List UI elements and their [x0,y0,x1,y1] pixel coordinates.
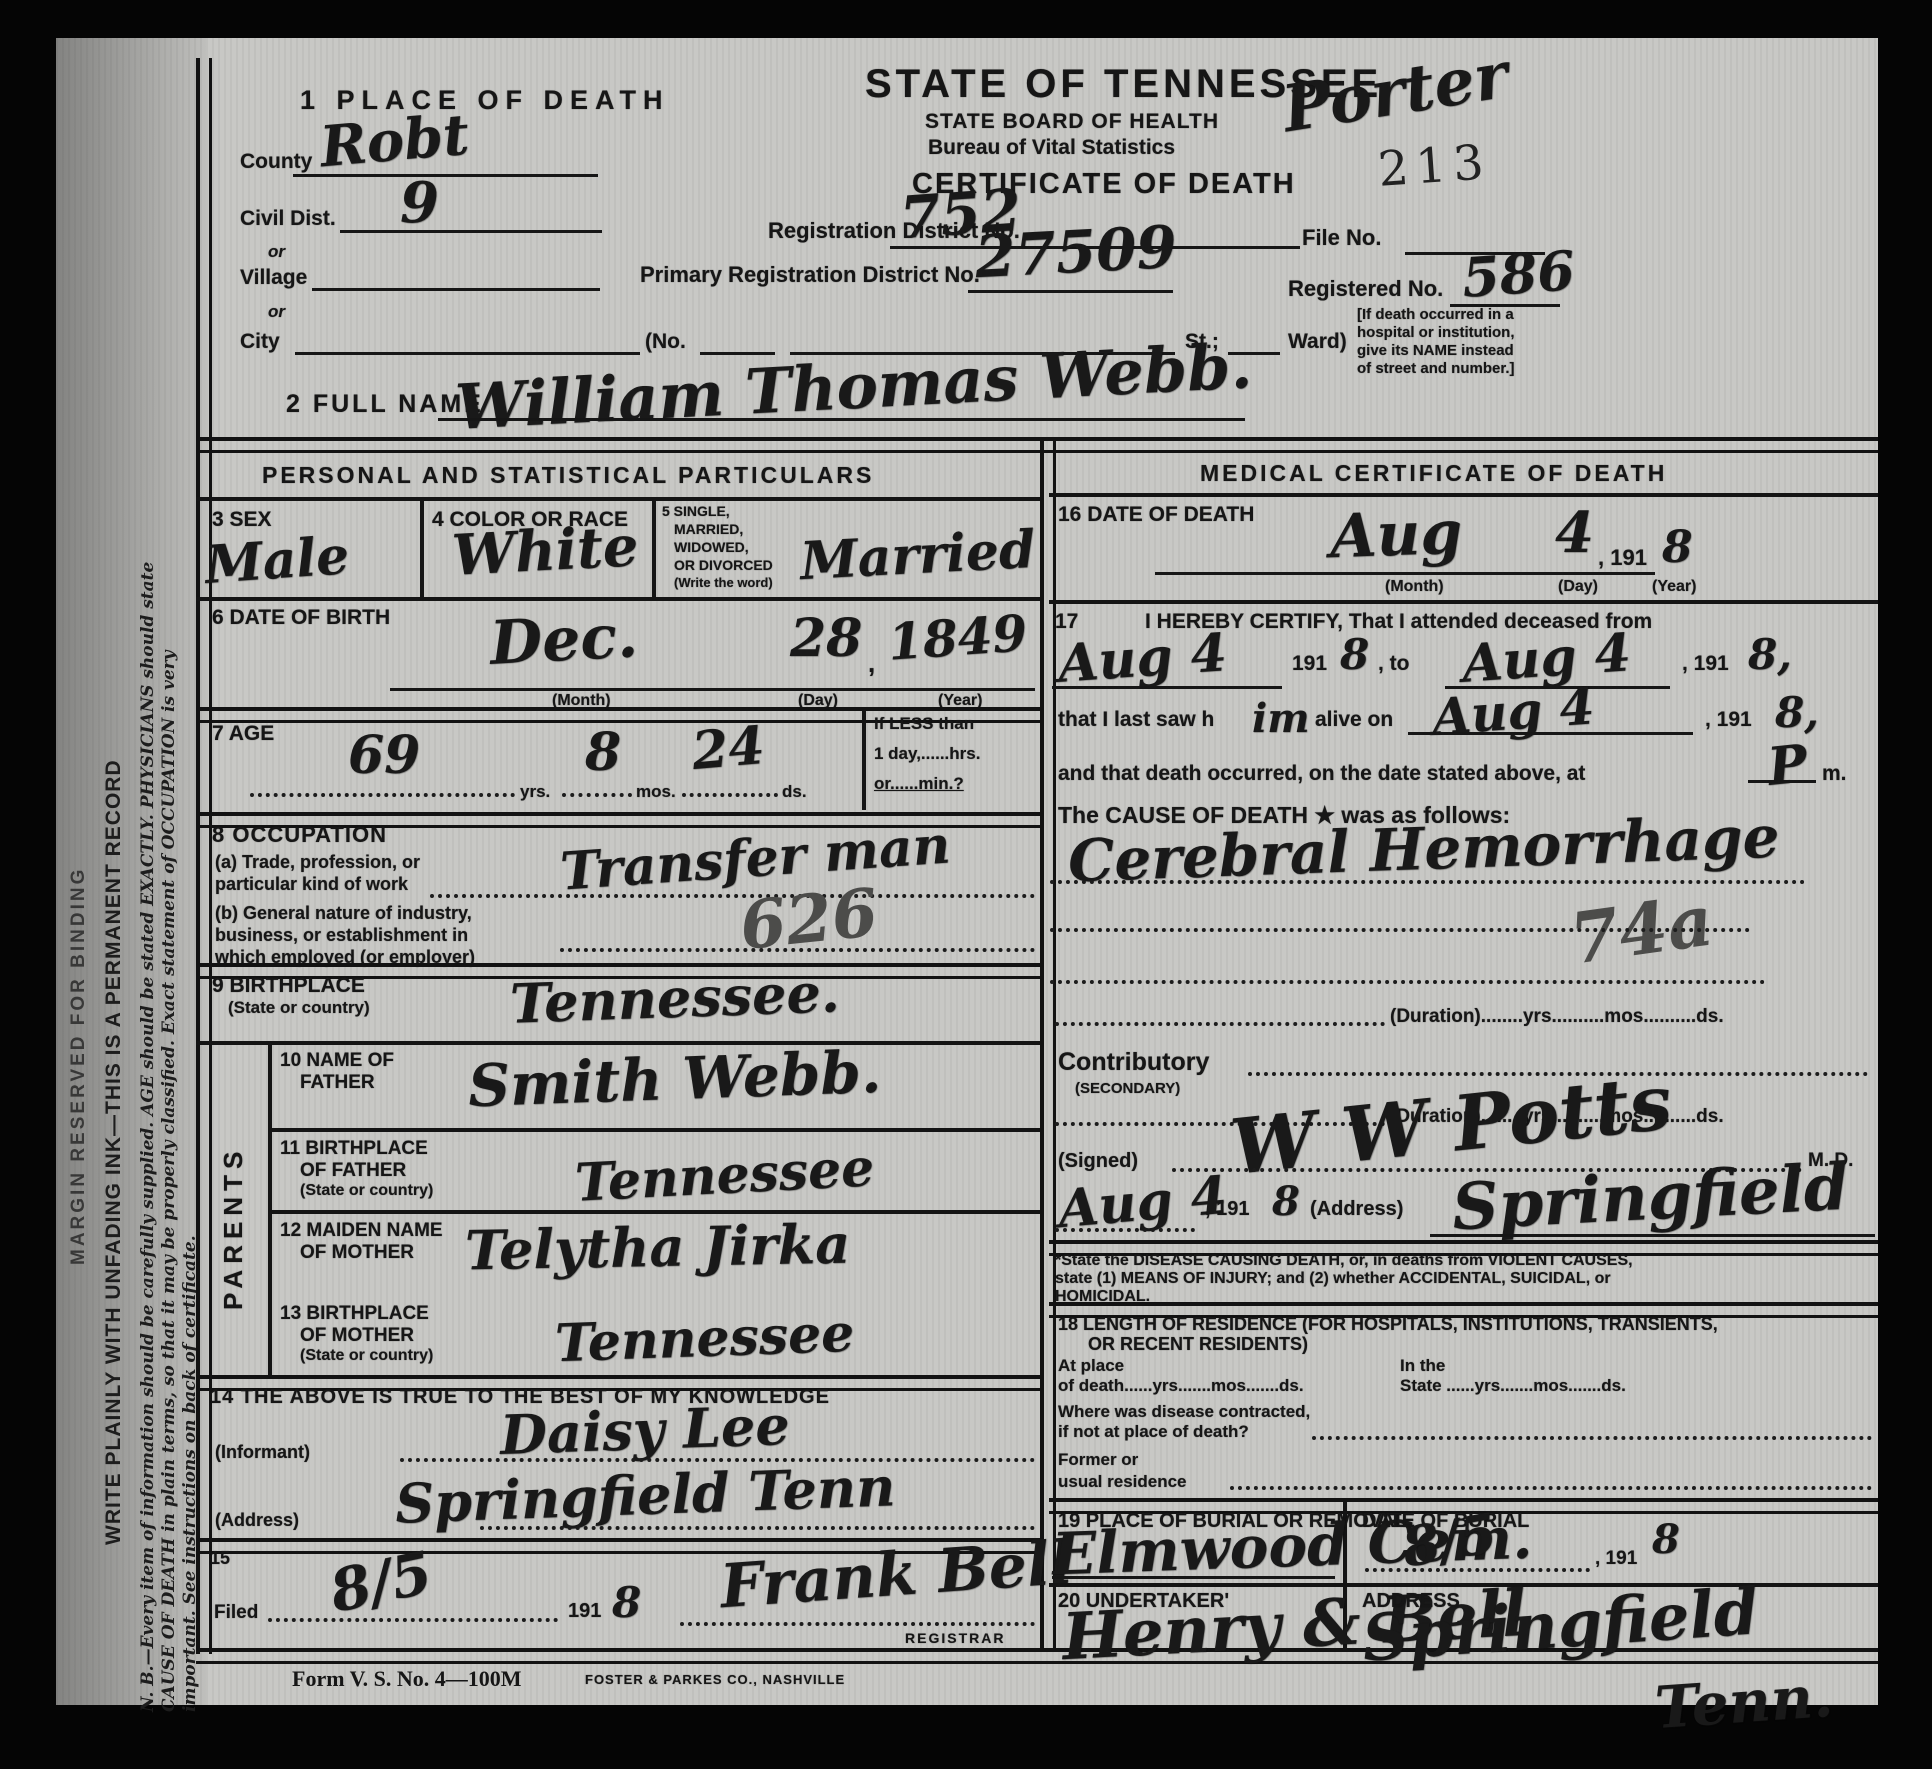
dod-month-caption: (Month) [1385,578,1444,596]
county-line [293,174,598,177]
signed-address-line [1430,1234,1875,1237]
age-years-dots [250,793,515,797]
marital-label-4: OR DIVORCED [674,557,773,573]
saw-date-value: Aug 4 [1430,676,1596,746]
prim-reg-value: 27509 [973,213,1178,291]
age-months-dots [562,793,632,797]
date-of-death-month: Aug [1329,498,1464,573]
age-months-value: 8 [585,722,621,783]
filed-year-hw: 8 [612,1578,641,1627]
age-less-line3: or......min.? [874,774,964,794]
hospital-note-line2: hospital or institution, [1357,324,1515,341]
county-value: Robt [317,102,471,181]
mother-name-label2: OF MOTHER [300,1242,414,1264]
or-label-1: or [268,242,285,262]
occurred-time-line [1748,780,1816,783]
personal-title-rule [196,497,1040,501]
sex-value: Male [203,525,351,596]
personal-section-title: PERSONAL AND STATISTICAL PARTICULARS [262,462,874,489]
informant-address-label: (Address) [215,1510,299,1531]
signed-address-label: (Address) [1310,1198,1403,1221]
parents-inner-divider [268,1041,272,1375]
age-days-label: ds. [782,782,807,802]
occupation-b-line1: (b) General nature of industry, [215,903,472,924]
contracted-line2: if not at place of death? [1058,1422,1249,1442]
hospital-note-line4: of street and number.] [1357,360,1515,377]
at-place-line1: At place [1058,1356,1124,1376]
informant-value: Daisy Lee [499,1393,791,1467]
civil-dist-line [340,230,602,233]
burial-date-dots [1365,1568,1590,1572]
father-name-rule [268,1128,1040,1132]
mother-name-label1: 12 MAIDEN NAME [280,1220,443,1242]
parents-label: PARENTS [218,1146,249,1310]
to-year-hw: 8, [1748,630,1792,679]
saw-mid: alive on [1315,708,1393,732]
at-place-line2: of death......yrs.......mos.......ds. [1058,1376,1304,1396]
printer-credit: FOSTER & PARKES CO., NASHVILLE [585,1672,845,1687]
civil-dist-label: Civil Dist. [240,207,336,231]
race-marital-divider [652,497,656,597]
file-no-label: File No. [1302,225,1381,251]
age-less-line2: 1 day,......hrs. [874,744,980,764]
age-years-value: 69 [348,725,420,786]
filed-year-printed: 191 [568,1600,601,1623]
contracted-dots [1312,1436,1872,1440]
village-label: Village [240,266,307,290]
saw-date-line [1408,732,1693,735]
occupation-b-line2: business, or establishment in [215,925,468,946]
fullname-line [438,418,1245,421]
occupation-a-dots [430,894,1035,898]
signed-label: (Signed) [1058,1150,1138,1173]
medical-title-rule [1049,493,1878,497]
date-of-death-year-hw: 8 [1662,522,1693,573]
margin-binding-text: MARGIN RESERVED FOR BINDING [68,867,90,1265]
father-name-value: Smith Webb. [467,1038,882,1120]
civil-dist-value: 9 [400,170,439,236]
father-bp-rule [268,1210,1040,1214]
mother-bp-label2: OF MOTHER [300,1325,414,1347]
header-bottom-rule [196,437,1878,453]
to-label: , to [1378,652,1410,676]
father-bp-label2: OF FATHER [300,1160,406,1182]
date-of-death-label: 16 DATE OF DEATH [1058,503,1254,527]
dob-year-value: 1849 [886,603,1029,672]
signed-year-hw: 8 [1272,1178,1300,1225]
dob-line [390,688,1035,691]
row5-bottom-rule [196,1041,1040,1045]
cause-dots-3 [1050,980,1765,984]
dob-label: 6 DATE OF BIRTH [212,606,390,630]
village-line [312,288,600,291]
margin-nb-line2: CAUSE OF DEATH in plain terms, so that i… [159,152,180,1712]
dod-year-caption: (Year) [1652,578,1696,596]
marital-label-3: WIDOWED, [674,539,749,555]
dob-comma: , [868,648,875,679]
birthplace-value: Tennessee. [509,960,841,1035]
duration1-label: (Duration)........yrs..........mos......… [1390,1006,1724,1028]
attended-from-line [1052,686,1282,689]
sex-label: 3 SEX [212,508,272,532]
cause-footnote-line2: state (1) MEANS OF INJURY; and (2) wheth… [1055,1270,1611,1288]
bureau-line: Bureau of Vital Statistics [928,136,1175,160]
stamp-number: 213 [1376,134,1492,198]
saw-year-hw: 8, [1775,688,1819,737]
father-bp-label3: (State or country) [300,1182,433,1200]
age-days-value: 24 [689,715,766,782]
sex-race-divider [420,497,424,597]
row1-bottom-rule [196,597,1040,601]
signed-year-printed: , 191 [1205,1198,1249,1221]
form-left-border [196,58,212,1654]
mother-bp-label3: (State or country) [300,1347,433,1365]
occurred-m-label: m. [1822,762,1847,786]
informant-label: (Informant) [215,1442,310,1463]
margin-nb-note: N. B.—Every item of information should b… [138,152,201,1712]
marital-label-1: 5 SINGLE, [662,503,730,519]
date-of-death-year-printed: , 191 [1598,545,1647,571]
mother-bp-label1: 13 BIRTHPLACE [280,1303,429,1325]
occupation-a-line2: particular kind of work [215,874,408,895]
age-label: 7 AGE [212,722,274,746]
date-of-death-line [1155,572,1655,575]
occurred-time-hw: P [1765,733,1810,798]
date-of-death-day: 4 [1555,500,1594,566]
former-line1: Former or [1058,1450,1138,1470]
hospital-note-line3: give its NAME instead [1357,342,1514,359]
marital-label-2: MARRIED, [674,521,743,537]
secondary-label: (SECONDARY) [1075,1080,1180,1097]
to-year-printed: , 191 [1682,652,1729,676]
father-bp-label1: 11 BIRTHPLACE [280,1138,428,1160]
column-divider [1040,437,1056,1652]
city-line [295,352,640,355]
residence-label-line1: 18 LENGTH OF RESIDENCE (FOR HOSPITALS, I… [1058,1314,1718,1335]
age-subbox-divider [862,710,866,810]
city-label: City [240,330,280,354]
saw-year-printed: , 191 [1705,708,1752,732]
certify-number: 17 [1055,610,1078,634]
in-state-line1: In the [1400,1356,1445,1376]
registrar-label: REGISTRAR [905,1630,1005,1646]
cause-footnote-line1: *State the DISEASE CAUSING DEATH, or, in… [1055,1252,1633,1270]
age-months-label: mos. [636,782,676,802]
prim-reg-label: Primary Registration District No. [640,262,980,288]
cause-dots-2 [1050,928,1750,932]
form-number: Form V. S. No. 4—100M [292,1666,522,1692]
from-year-hw: 8 [1340,630,1369,679]
contracted-line1: Where was disease contracted, [1058,1402,1310,1422]
dod-day-caption: (Day) [1558,578,1598,596]
duration1-lead-dots [1055,1022,1385,1026]
race-value: White [450,513,640,589]
from-year-printed: 191 [1292,652,1327,676]
or-label-2: or [268,302,285,322]
signed-date-dots [1055,1228,1195,1232]
no-label: (No. [645,330,686,354]
margin-permanent-text: WRITE PLAINLY WITH UNFADING INK—THIS IS … [102,759,126,1545]
father-name-label1: 10 NAME OF [280,1050,394,1072]
residence-label-line2: OR RECENT RESIDENTS) [1088,1334,1308,1355]
filed-number: 15 [210,1548,230,1569]
birthplace-label: 9 BIRTHPLACE [212,974,365,998]
occupation-a-line1: (a) Trade, profession, or [215,852,420,873]
filed-dots [268,1618,558,1622]
board-line: STATE BOARD OF HEALTH [925,110,1219,134]
margin-nb-line1: N. B.—Every item of information should b… [138,152,159,1712]
contributory-label: Contributory [1058,1048,1209,1077]
registered-no-label: Registered No. [1288,276,1443,302]
burial-place-line [1052,1576,1335,1579]
occupation-label: 8 OCCUPATION [212,822,387,848]
registrar-dots [680,1622,1035,1626]
occupation-b-dots [560,948,1035,952]
medical-section-title: MEDICAL CERTIFICATE OF DEATH [1200,460,1667,487]
informant-address-dots [480,1526,1035,1530]
in-state-line2: State ......yrs.......mos.......ds. [1400,1376,1626,1396]
undertaker-address-value2: Tenn. [1653,1662,1835,1742]
attended-from-value: Aug 4 [1056,622,1229,695]
mother-name-value: Telytha Jirka [464,1212,850,1283]
former-dots [1230,1486,1872,1490]
saw-prefix: that I last saw h [1058,708,1214,732]
former-line2: usual residence [1058,1472,1187,1492]
burial-year-printed: , 191 [1595,1548,1637,1570]
filed-label: Filed [214,1602,258,1624]
age-years-label: yrs. [520,782,550,802]
dob-day-value: 28 [790,608,862,669]
burial-year-hw: 8 [1652,1516,1680,1563]
ward-label: Ward) [1288,330,1347,354]
mother-bp-value: Tennessee [554,1303,855,1374]
death-certificate-scan: MARGIN RESERVED FOR BINDING WRITE PLAINL… [0,0,1932,1769]
marital-value: Married [799,519,1037,592]
dod-bottom-rule [1049,600,1878,604]
dob-month-value: Dec. [488,601,639,679]
saw-him-hw: im [1252,695,1310,742]
age-days-dots [682,793,778,797]
marital-label-5: (Write the word) [674,575,773,590]
father-name-label2: FATHER [300,1072,375,1094]
hospital-note-line1: [If death occurred in a [1357,306,1514,323]
registered-no-value: 586 [1460,238,1577,310]
age-less-line1: If LESS than [874,714,974,734]
county-label: County [240,150,312,174]
prim-reg-line [968,290,1173,293]
occurred-line: and that death occurred, on the date sta… [1058,762,1585,786]
birthplace-sub-label: (State or country) [228,998,370,1018]
